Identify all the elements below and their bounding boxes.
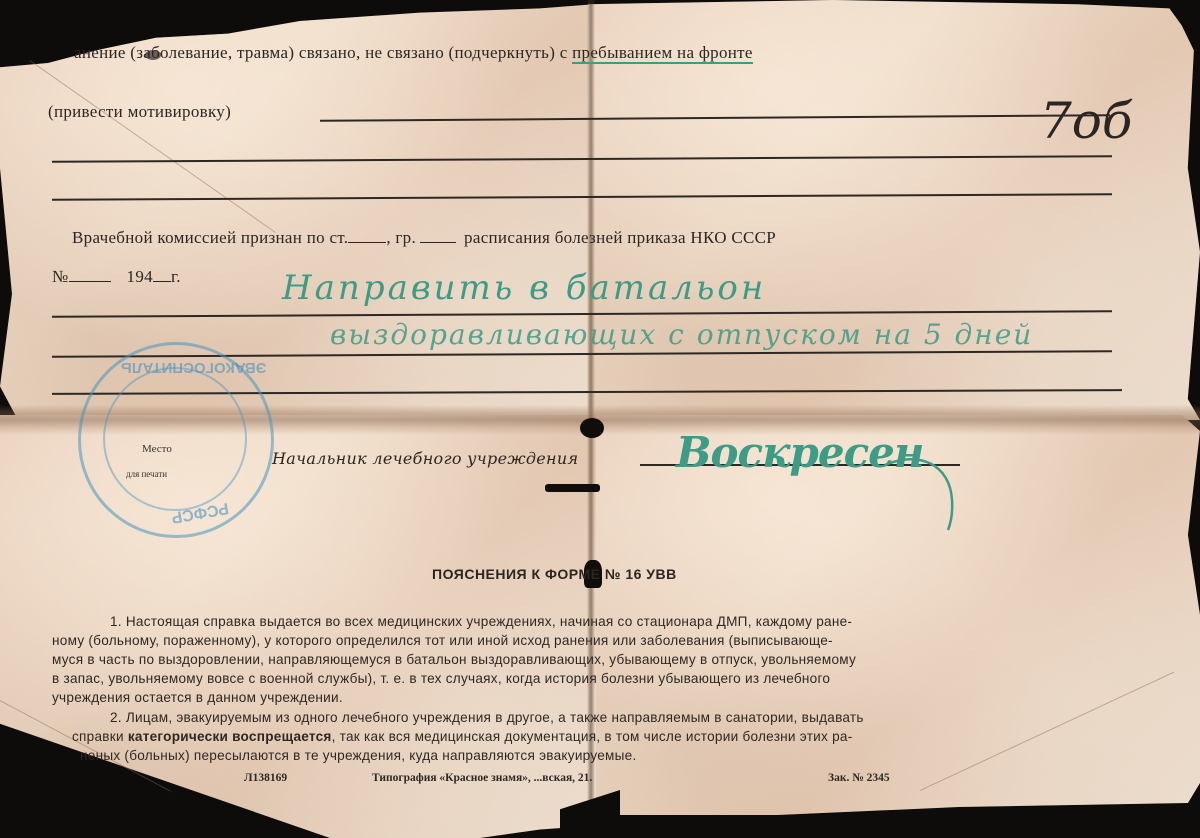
- order-number-line: №194г.: [52, 267, 181, 287]
- number-label: №: [52, 267, 69, 286]
- order-label: Зак. №: [828, 772, 864, 784]
- decision-handwriting-1: Направить в батальон: [282, 268, 766, 308]
- margin-number: 7об: [1040, 92, 1132, 150]
- explanations-heading: ПОЯСНЕНИЯ К ФОРМЕ № 16 УВВ: [432, 566, 677, 582]
- year-suffix: г.: [171, 267, 181, 286]
- form-code: Л138169: [244, 772, 287, 784]
- stamp-place-label: Место: [142, 443, 172, 455]
- tear-hole: [580, 418, 604, 438]
- explanation-line-emphasis: справки категорически воспрещается, так …: [72, 729, 852, 744]
- number-blank: [69, 281, 111, 282]
- printer-info: Типография «Красное знамя», ...вская, 21…: [372, 772, 592, 784]
- explanation-line: в запас, увольняемому вовсе с военной сл…: [52, 671, 830, 686]
- injury-relation-text: анение (заболевание, травма) связано, не…: [74, 43, 753, 63]
- explanation-line: учреждения остается в данном учреждении.: [52, 690, 343, 705]
- tear-slit: [545, 484, 600, 492]
- official-stamp: ЭВАКОГОСПИТАЛЬ РСФСР: [78, 342, 274, 538]
- stamp-ring-text-top: ЭВАКОГОСПИТАЛЬ: [121, 359, 266, 376]
- year-blank: [153, 281, 171, 282]
- motivation-label: (привести мотивировку): [48, 102, 231, 122]
- explanation-line: ному (больному, пораженному), у которого…: [52, 633, 833, 648]
- stamp-place-sub: для печати: [126, 469, 167, 479]
- order-reference: расписания болезней приказа НКО СССР: [464, 228, 776, 247]
- article-blank: [348, 242, 386, 243]
- order-value: 2345: [867, 772, 890, 784]
- explanation-line: неных (больных) пересылаются в те учрежд…: [80, 748, 637, 763]
- group-label: , гр.: [386, 228, 416, 247]
- order-number: Зак. № 2345: [828, 772, 890, 784]
- injury-relation-prefix: анение (заболевание, травма) связано, не…: [74, 43, 568, 62]
- group-blank: [420, 242, 456, 243]
- commission-line: Врачебной комиссией признан по ст., гр.р…: [72, 228, 776, 248]
- signature-flourish: [880, 445, 960, 535]
- year-label: 194: [127, 267, 153, 286]
- explanation-line: муся в часть по выздоровлении, направляю…: [52, 652, 856, 667]
- explanation-line: 2. Лицам, эвакуируемым из одного лечебно…: [110, 710, 864, 725]
- emphasis-text: категорически воспрещается: [128, 729, 332, 744]
- underlined-choice: пребыванием на фронте: [572, 43, 753, 64]
- head-of-institution-label: Начальник лечебного учреждения: [272, 449, 578, 468]
- stamp-inner-ring: [103, 367, 247, 511]
- decision-handwriting-2: выздоравливающих с отпуском на 5 дней: [330, 318, 1033, 351]
- explanation-line: 1. Настоящая справка выдается во всех ме…: [110, 614, 852, 629]
- commission-label: Врачебной комиссией признан по ст.: [72, 228, 348, 247]
